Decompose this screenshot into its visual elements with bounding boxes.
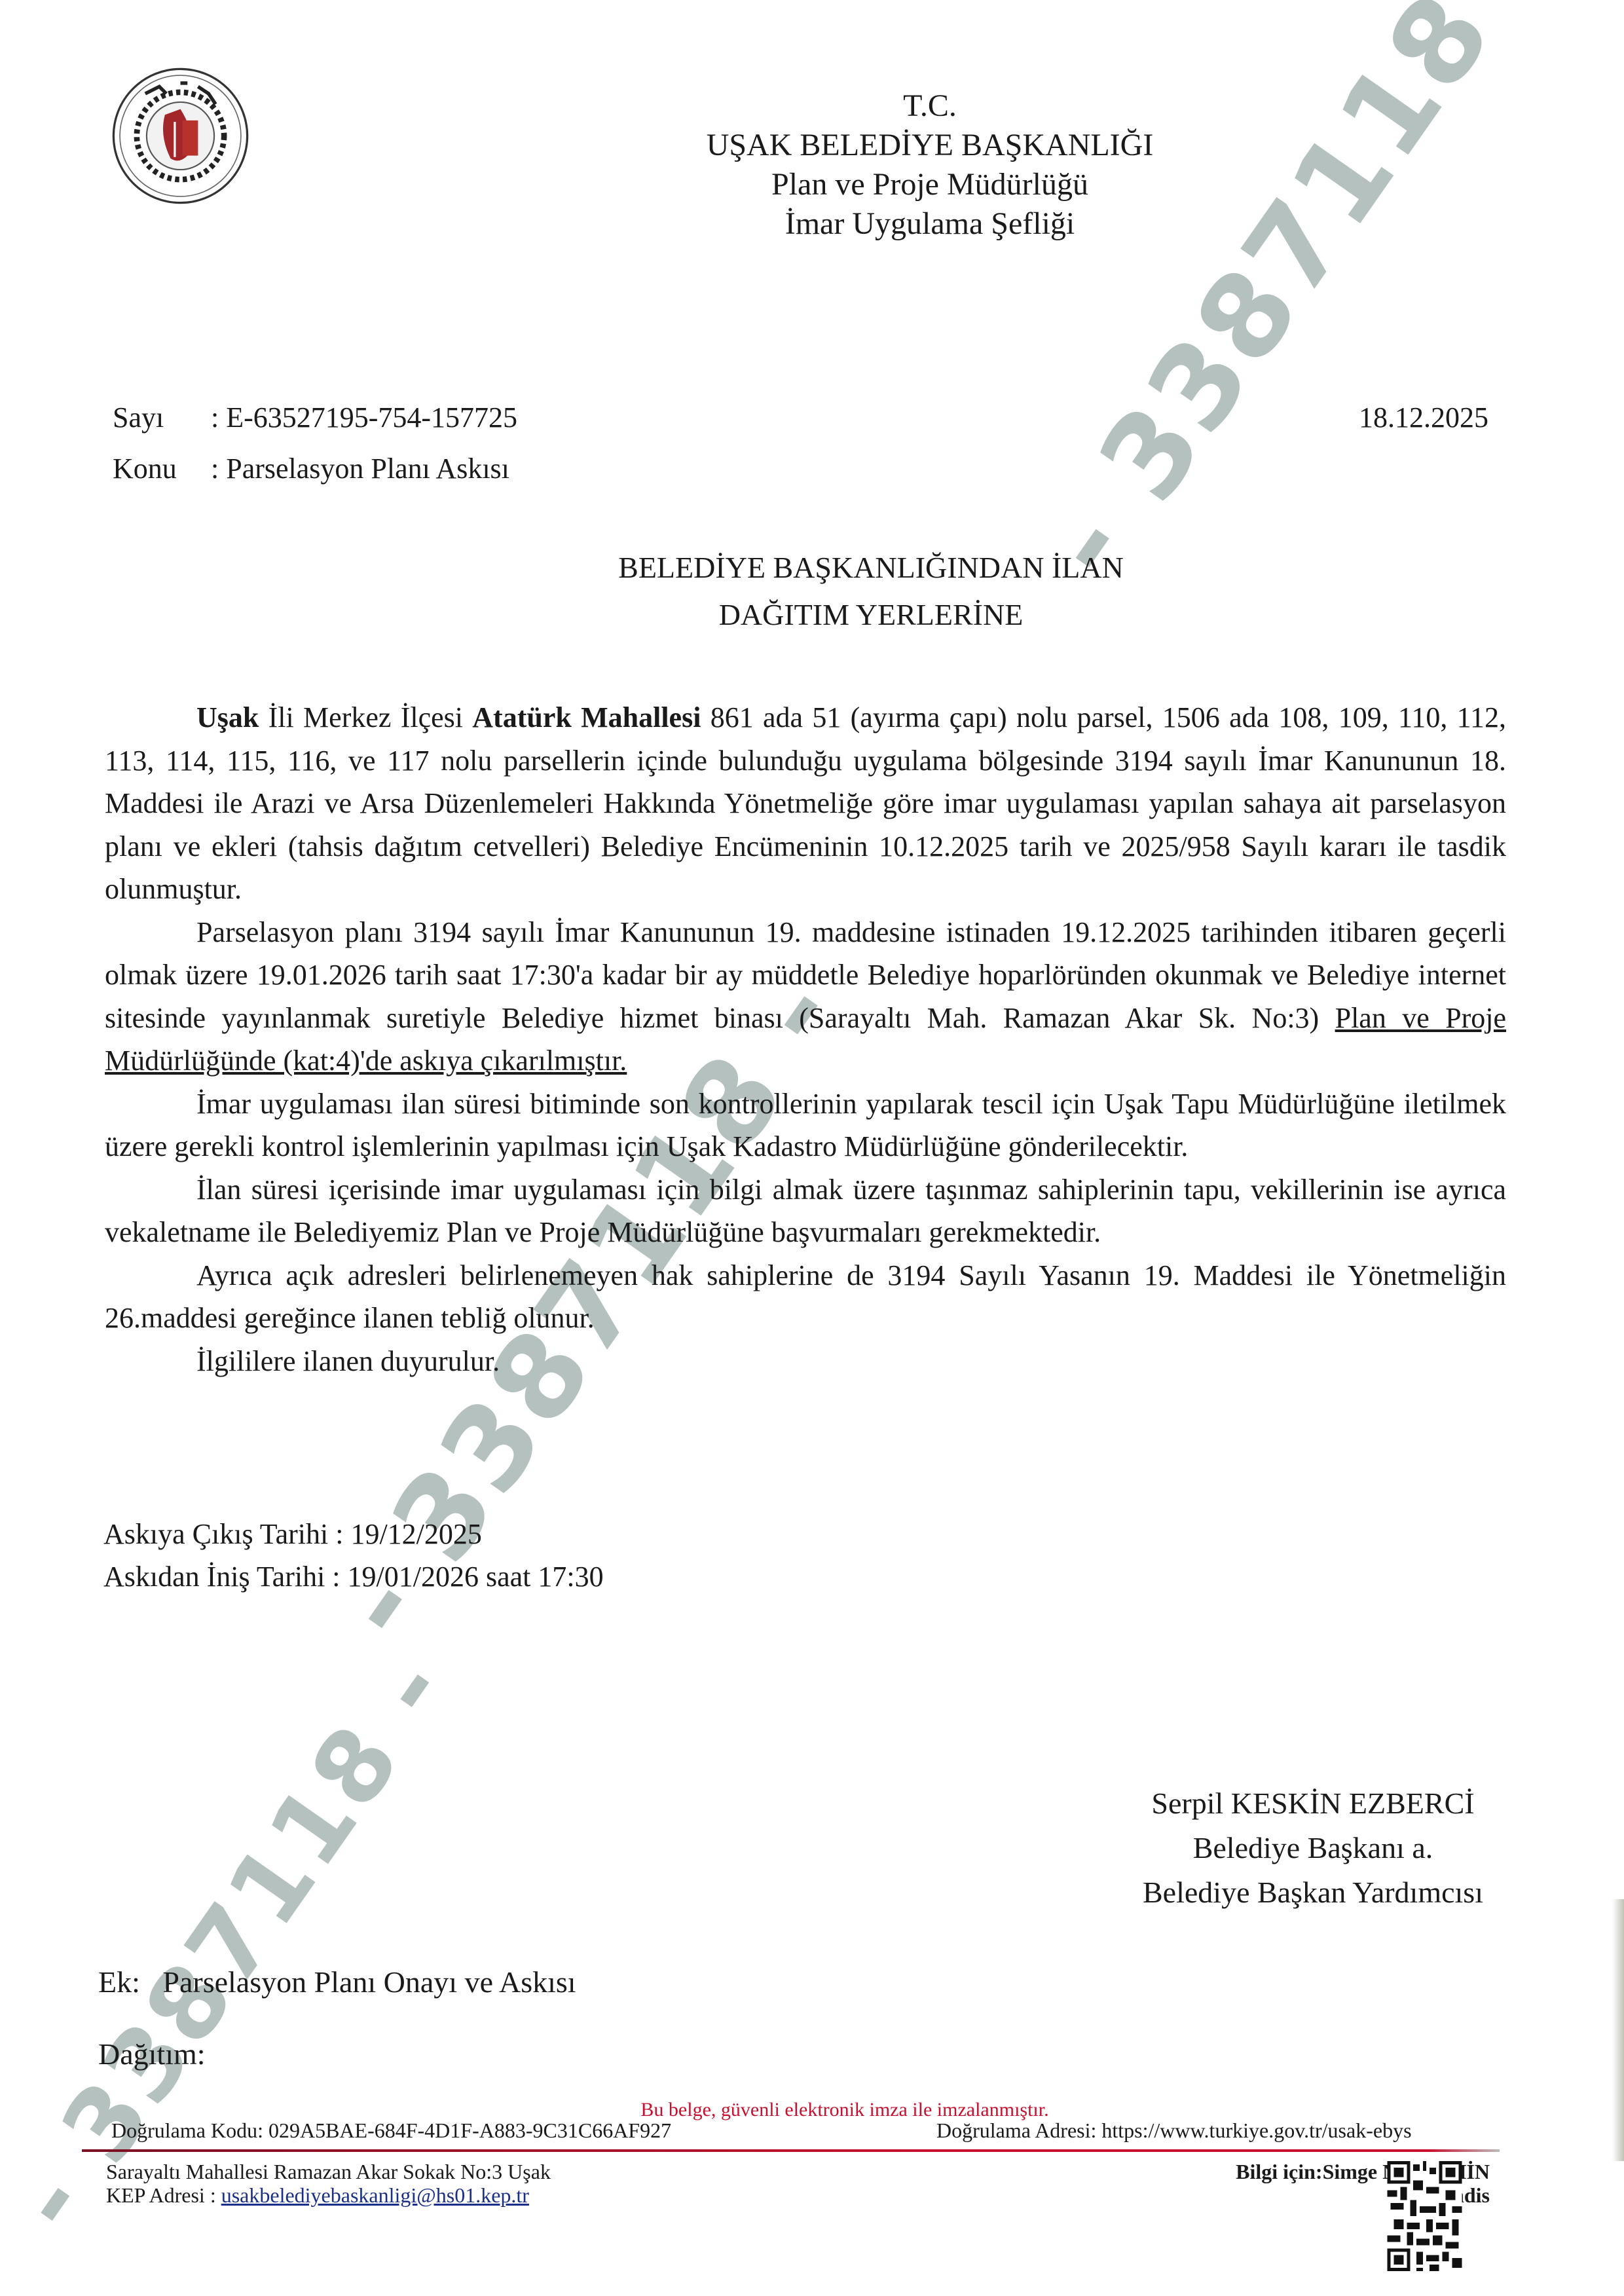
watermark: - 3387118 - — [0, 1635, 471, 2251]
sayi-value: : E-63527195-754-157725 — [211, 401, 517, 434]
footer-divider — [82, 2149, 1500, 2152]
paragraph-1: Uşak İli Merkez İlçesi Atatürk Mahallesi… — [105, 696, 1506, 911]
header-directorate: Plan ve Proje Müdürlüğü — [236, 165, 1624, 204]
sayi-label: Sayı — [113, 401, 211, 434]
footer-contact: Sarayaltı Mahallesi Ramazan Akar Sokak N… — [106, 2160, 551, 2207]
paragraph-2: Parselasyon planı 3194 sayılı İmar Kanun… — [105, 911, 1506, 1083]
paragraph-4: İlan süresi içerisinde imar uygulaması i… — [105, 1168, 1506, 1254]
letterhead: T.C. UŞAK BELEDİYE BAŞKANLIĞI Plan ve Pr… — [0, 86, 1624, 244]
notice-body: Uşak İli Merkez İlçesi Atatürk Mahallesi… — [105, 696, 1506, 1382]
header-unit: İmar Uygulama Şefliği — [236, 204, 1624, 244]
verification-address: Doğrulama Adresi: https://www.turkiye.go… — [936, 2119, 1412, 2143]
header-tc: T.C. — [236, 86, 1624, 126]
paragraph-6: İlgililere ilanen duyurulur. — [105, 1340, 1506, 1383]
attachment: Ek: Parselasyon Planı Onayı ve Askısı — [98, 1965, 576, 1999]
konu-value: : Parselasyon Planı Askısı — [211, 453, 509, 485]
street-address: Sarayaltı Mahallesi Ramazan Akar Sokak N… — [106, 2160, 551, 2183]
signature-block: Serpil KESKİN EZBERCİ Belediye Başkanı a… — [1100, 1781, 1526, 1915]
distribution: Dağıtım: — [98, 2037, 206, 2071]
kep-label: KEP Adresi : — [106, 2183, 221, 2207]
signatory-title: Belediye Başkanı a. — [1100, 1826, 1526, 1870]
scan-edge — [1612, 1899, 1624, 2161]
posting-start-date: Askıya Çıkış Tarihi : 19/12/2025 — [103, 1513, 604, 1555]
posting-end-date: Askıdan İniş Tarihi : 19/01/2026 saat 17… — [103, 1555, 604, 1598]
document-date: 18.12.2025 — [1359, 401, 1488, 434]
verification-code: Doğrulama Kodu: 029A5BAE-684F-4D1F-A883-… — [111, 2119, 671, 2143]
text: Parselasyon planı 3194 sayılı İmar Kanun… — [105, 916, 1506, 1034]
bold-city: Uşak — [196, 701, 259, 733]
text: İli Merkez İlçesi — [259, 701, 472, 733]
kep-link[interactable]: usakbelediyebaskanligi@hs01.kep.tr — [221, 2183, 529, 2207]
posting-dates: Askıya Çıkış Tarihi : 19/12/2025 Askıdan… — [103, 1513, 604, 1598]
notice-recipient: DAĞITIM YERLERİNE — [0, 597, 1624, 632]
esign-notice: Bu belge, güvenli elektronik imza ile im… — [0, 2099, 1624, 2121]
bold-neighborhood: Atatürk Mahallesi — [472, 701, 701, 733]
notice-title: BELEDİYE BAŞKANLIĞINDAN İLAN — [0, 550, 1624, 585]
kep-address: KEP Adresi : usakbelediyebaskanligi@hs01… — [106, 2183, 551, 2207]
signatory-position: Belediye Başkan Yardımcısı — [1100, 1870, 1526, 1915]
signatory-name: Serpil KESKİN EZBERCİ — [1100, 1781, 1526, 1826]
konu-label: Konu — [113, 452, 211, 485]
paragraph-5: Ayrıca açık adresleri belirlenemeyen hak… — [105, 1254, 1506, 1340]
subject: Konu: Parselasyon Planı Askısı — [113, 452, 509, 485]
reference-number: Sayı: E-63527195-754-157725 — [113, 401, 517, 434]
paragraph-3: İmar uygulaması ilan süresi bitiminde so… — [105, 1083, 1506, 1168]
header-institution: UŞAK BELEDİYE BAŞKANLIĞI — [236, 126, 1624, 165]
qr-code-icon[interactable] — [1387, 2161, 1462, 2271]
